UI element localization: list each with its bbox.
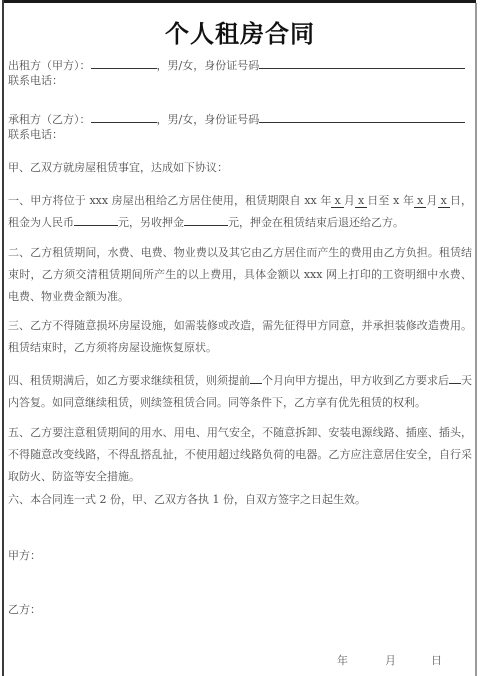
date-year-label: 年 (337, 652, 348, 668)
party-a-line: 出租方（甲方）：，男/女，身份证号码 (8, 57, 465, 73)
document-title: 个人租房合同 (0, 14, 480, 49)
rent-amount-field[interactable] (74, 214, 118, 226)
party-a-name-field[interactable] (91, 57, 157, 69)
start-day-field[interactable]: x (355, 194, 367, 208)
page-border-right (475, 3, 477, 676)
clause-3: 三、乙方不得随意损坏房屋设施，如需装修或改造，需先征得甲方同意，并承担装修改造费… (8, 315, 472, 359)
deposit-amount-field[interactable] (184, 214, 228, 226)
notice-months-field[interactable] (250, 372, 262, 384)
intro-text: 甲、乙双方就房屋租赁事宜，达成如下协议： (8, 161, 228, 175)
page-border-left (2, 0, 4, 676)
signature-party-b: 乙方： (8, 601, 41, 617)
clause-6: 六、本合同连一式 2 份，甲、乙双方各执 1 份，自双方签字之日起生效。 (8, 489, 472, 511)
party-b-name-field[interactable] (91, 111, 157, 123)
party-b-contact: 联系电话： (8, 128, 63, 142)
clause-1: 一、甲方将位于 xxx 房屋出租给乙方居住使用，租赁期限自 xx 年x月x日至 … (8, 190, 472, 234)
party-a-gender-id-label: ，男/女，身份证号码 (157, 59, 260, 72)
party-a-contact: 联系电话： (8, 74, 63, 88)
clause-5: 五、乙方要注意租赁期间的用水、用电、用气安全，不随意拆卸、安装电源线路、插座、插… (8, 422, 472, 488)
clause-1-text-g: 元，另收押金 (118, 216, 184, 229)
signature-party-a: 甲方： (8, 547, 41, 563)
clause-4: 四、租赁期满后，如乙方要求继续租赁，则须提前个月向甲方提出，甲方收到乙方要求后天… (8, 370, 472, 414)
page-border-top (2, 0, 476, 3)
date-day-label: 日 (431, 652, 442, 668)
clause-1-text-e: 月 (426, 194, 437, 207)
reply-days-field[interactable] (449, 372, 461, 384)
party-b-line: 承租方（乙方）：，男/女，身份证号码 (8, 111, 465, 127)
clause-1-text-h: 元，押金在租赁结束后退还给乙方。 (228, 216, 404, 229)
clause-1-text-c: 日至 x 年 (367, 194, 414, 207)
party-b-gender-id-label: ，男/女，身份证号码 (157, 113, 260, 126)
date-month-label: 月 (385, 652, 396, 668)
end-month-field[interactable]: x (414, 194, 426, 208)
clause-1-text-b: 月 (344, 194, 355, 207)
party-a-label: 出租方（甲方）： (8, 59, 91, 72)
clause-4-text-b: 个月向甲方提出，甲方收到乙方要求后 (262, 374, 449, 387)
clause-2: 二、乙方租赁期间，水费、电费、物业费以及其它由乙方居住而产生的费用由乙方负担。租… (8, 242, 472, 308)
clause-1-text-a: 一、甲方将位于 xxx 房屋出租给乙方居住使用，租赁期限自 xx 年 (8, 194, 331, 207)
start-month-field[interactable]: x (331, 194, 343, 208)
party-b-label: 承租方（乙方）： (8, 113, 91, 126)
end-day-field[interactable]: x (438, 194, 450, 208)
clause-4-text-a: 四、租赁期满后，如乙方要求继续租赁，则须提前 (8, 374, 250, 387)
party-a-id-field[interactable] (259, 57, 465, 69)
party-b-id-field[interactable] (259, 111, 465, 123)
